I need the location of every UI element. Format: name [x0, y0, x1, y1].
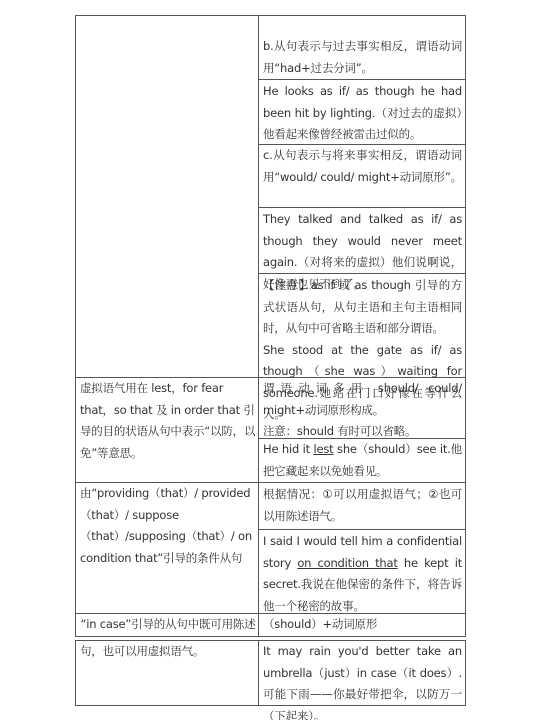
rule-text: 句，也可以用虚拟语气。: [80, 641, 256, 663]
example-future: They talked and talked as if/ as though …: [259, 208, 465, 274]
note-text: 【注意】as if 或 as though 引导的方式状语从句，从句主语和主句主…: [263, 275, 462, 340]
example-text: He hid it lest she（should）see it.他把它藏起来以…: [263, 439, 462, 482]
rule-text: 虚拟语气用在 lest，for fear that，so that 及 in o…: [80, 378, 256, 464]
rule-lest-verb: 谓语动词多用 should/ could/ might+动词原形构成。 注意：s…: [259, 378, 465, 439]
rule-text: “in case”引导的从句中既可用陈述: [80, 614, 256, 636]
example-text: It may rain you'd better take an umbrell…: [263, 641, 462, 720]
rule-b-past: b.从句表示与过去事实相反，谓语动词用“had+过去分词”。: [259, 16, 465, 80]
rule-text: c.从句表示与将来事实相反，谓语动词用“would/ could/ might+…: [263, 145, 462, 188]
rule-lest-description: 虚拟语气用在 lest，for fear that，so that 及 in o…: [76, 378, 259, 482]
example-past: He looks as if/ as though he had been hi…: [259, 80, 465, 145]
underlined-keyword: on condition that: [297, 556, 397, 570]
example-text: I said I would tell him a confidential s…: [263, 531, 462, 617]
rule-providing-description: 由“providing（that）/ provided（that）/ suppo…: [76, 483, 259, 613]
example-text: He looks as if/ as though he had been hi…: [263, 81, 462, 146]
rule-c-future: c.从句表示与将来事实相反，谓语动词用“would/ could/ might+…: [259, 145, 465, 208]
rule-text: b.从句表示与过去事实相反，谓语动词用“had+过去分词”。: [263, 36, 462, 79]
rule-text: 由“providing（that）/ provided（that）/ suppo…: [80, 483, 256, 569]
rule-in-case-continued: 句，也可以用虚拟语气。: [76, 641, 259, 705]
rule-text: （should）+动词原形: [263, 614, 462, 636]
rule-in-case-verb: （should）+动词原形: [259, 614, 465, 637]
grammar-table: 虚拟语气用在 lest，for fear that，so that 及 in o…: [75, 15, 466, 637]
note-as-if: 【注意】as if 或 as though 引导的方式状语从句，从句主语和主句主…: [259, 274, 465, 378]
example-pre: He hid it: [263, 442, 314, 456]
rule-in-case-description: “in case”引导的从句中既可用陈述: [76, 614, 259, 637]
example-on-condition: I said I would tell him a confidential s…: [259, 530, 465, 614]
underlined-keyword: lest: [314, 442, 334, 456]
rule-providing-mood: 根据情况：①可以用虚拟语气；②也可以用陈述语气。: [259, 483, 465, 530]
rule-text: 根据情况：①可以用虚拟语气；②也可以用陈述语气。: [263, 484, 462, 527]
example-lest: He hid it lest she（should）see it.他把它藏起来以…: [259, 439, 465, 483]
rule-text: 谓语动词多用 should/ could/ might+动词原形构成。: [263, 378, 462, 421]
example-in-case: It may rain you'd better take an umbrell…: [259, 641, 465, 705]
grammar-table-continued: 句，也可以用虚拟语气。 It may rain you'd better tak…: [75, 640, 466, 706]
